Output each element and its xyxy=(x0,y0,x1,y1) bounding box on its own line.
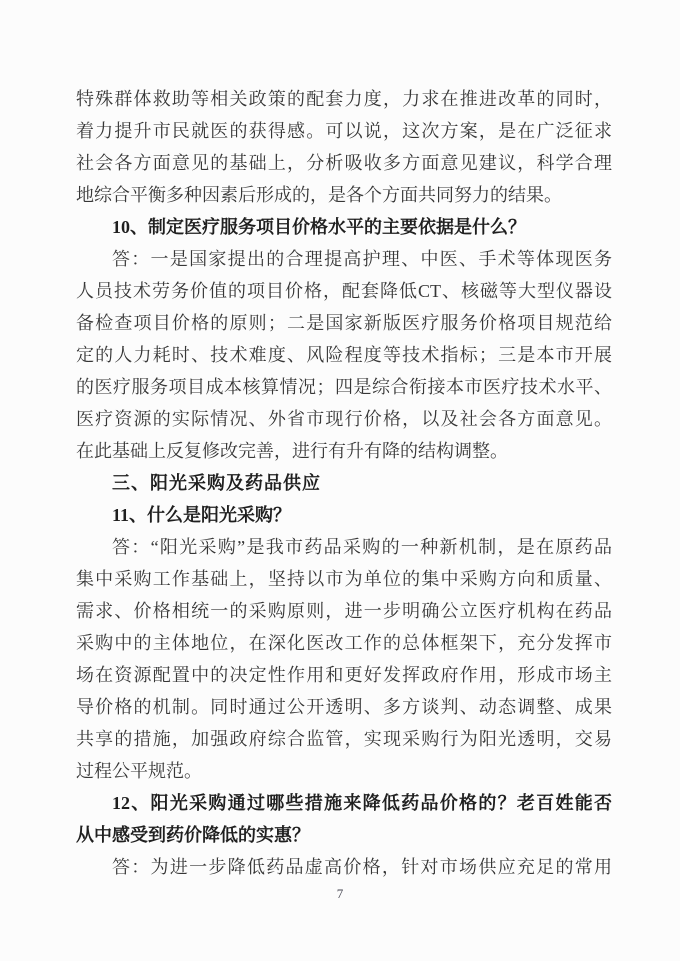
answer-10-line: 备检查项目价格的原则；二是国家新版医疗服务价格项目规范给 xyxy=(76,307,612,339)
answer-10-line: 答：一是国家提出的合理提高护理、中医、手术等体现医务 xyxy=(76,243,612,275)
question-12-heading: 从中感受到药价降低的实惠？ xyxy=(76,819,612,851)
answer-11-line: 场在资源配置中的决定性作用和更好发挥政府作用，形成市场主 xyxy=(76,659,612,691)
answer-11-line: 共享的措施，加强政府综合监管，实现采购行为阳光透明，交易 xyxy=(76,723,612,755)
question-11-heading: 11、什么是阳光采购？ xyxy=(76,499,612,531)
answer-10-line: 人员技术劳务价值的项目价格，配套降低CT、核磁等大型仪器设 xyxy=(76,275,612,307)
answer-11-line: 过程公平规范。 xyxy=(76,755,612,787)
answer-11-line: 需求、价格相统一的采购原则，进一步明确公立医疗机构在药品 xyxy=(76,595,612,627)
page-number: 7 xyxy=(0,886,680,902)
answer-11-line: 答：“阳光采购”是我市药品采购的一种新机制，是在原药品 xyxy=(76,531,612,563)
paragraph-line: 着力提升市民就医的获得感。可以说，这次方案，是在广泛征求 xyxy=(76,115,612,147)
text-block: 特殊群体救助等相关政策的配套力度，力求在推进改革的同时， 着力提升市民就医的获得… xyxy=(76,83,612,883)
paragraph-line: 社会各方面意见的基础上，分析吸收多方面意见建议，科学合理 xyxy=(76,147,612,179)
paragraph-line: 地综合平衡多种因素后形成的，是各个方面共同努力的结果。 xyxy=(76,179,612,211)
answer-12-line: 答：为进一步降低药品虚高价格，针对市场供应充足的常用 xyxy=(76,851,612,883)
answer-10-line: 定的人力耗时、技术难度、风险程度等技术指标；三是本市开展 xyxy=(76,339,612,371)
answer-10-line: 的医疗服务项目成本核算情况；四是综合衔接本市医疗技术水平、 xyxy=(76,371,612,403)
answer-11-line: 采购中的主体地位，在深化医改工作的总体框架下，充分发挥市 xyxy=(76,627,612,659)
document-page: 特殊群体救助等相关政策的配套力度，力求在推进改革的同时， 着力提升市民就医的获得… xyxy=(0,0,680,961)
answer-10-line: 医疗资源的实际情况、外省市现行价格，以及社会各方面意见。 xyxy=(76,403,612,435)
answer-11-line: 集中采购工作基础上，坚持以市为单位的集中采购方向和质量、 xyxy=(76,563,612,595)
question-10-heading: 10、制定医疗服务项目价格水平的主要依据是什么？ xyxy=(76,211,612,243)
paragraph-line: 特殊群体救助等相关政策的配套力度，力求在推进改革的同时， xyxy=(76,83,612,115)
answer-10-line: 在此基础上反复修改完善，进行有升有降的结构调整。 xyxy=(76,435,612,467)
question-12-heading: 12、阳光采购通过哪些措施来降低药品价格的？老百姓能否 xyxy=(76,787,612,819)
section-3-heading: 三、阳光采购及药品供应 xyxy=(76,467,612,499)
answer-11-line: 导价格的机制。同时通过公开透明、多方谈判、动态调整、成果 xyxy=(76,691,612,723)
